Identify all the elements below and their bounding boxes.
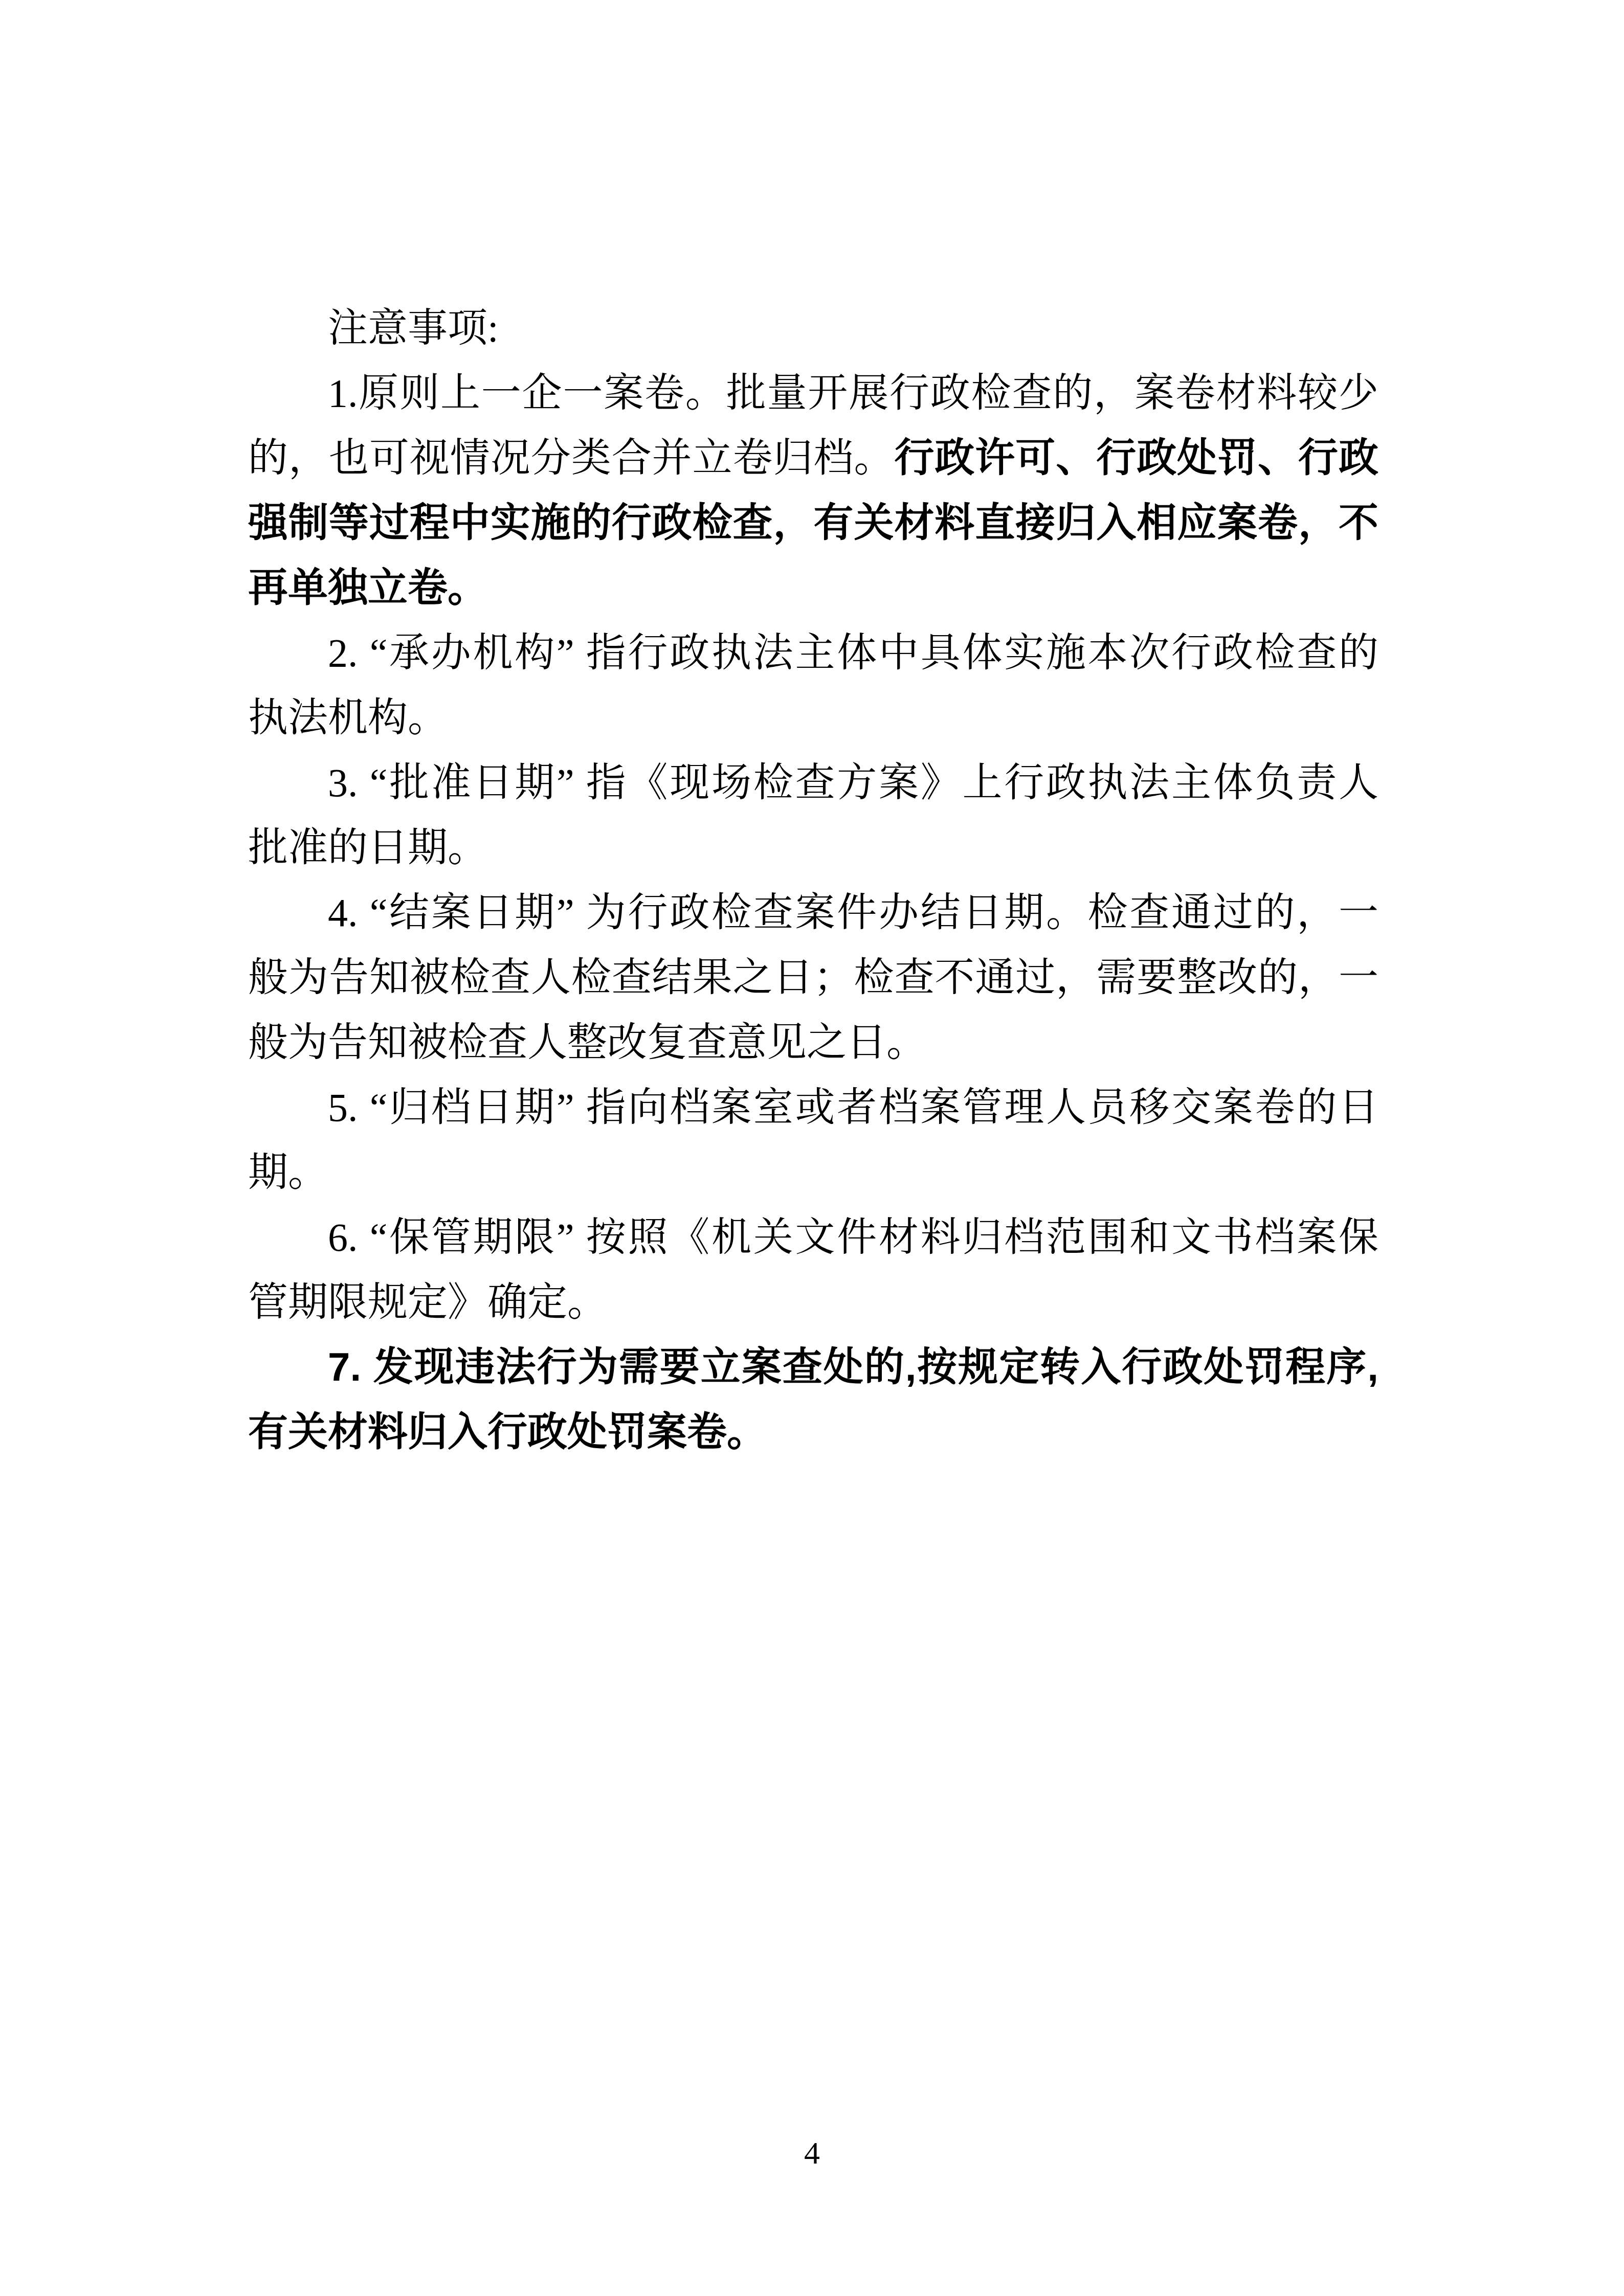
- note5-line1-text: 5. “归档日期” 指向档案室或者档案管理人员移交案卷的日: [328, 1085, 1378, 1130]
- note5-line1: 5. “归档日期” 指向档案室或者档案管理人员移交案卷的日: [248, 1075, 1378, 1140]
- note3-line1: 3. “批准日期” 指《现场检查方案》上行政执法主体负责人: [248, 750, 1378, 815]
- note1-line2-normal-text: 的，也可视情况分类合并立卷归档。: [248, 436, 894, 480]
- note7-line2-text: 有关材料归入行政处罚案卷。: [248, 1409, 767, 1454]
- note6-line1: 6. “保管期限” 按照《机关文件材料归档范围和文书档案保: [248, 1205, 1378, 1270]
- note1-line2-bold-text: 行政许可、行政处罚、行政: [894, 435, 1378, 480]
- notes-heading: 注意事项:: [248, 296, 1378, 361]
- note3-line2: 批准的日期。: [248, 815, 1378, 880]
- note2-line2: 执法机构。: [248, 685, 1378, 750]
- note1-line4-text: 再单独立卷。: [248, 565, 487, 610]
- note7-line2: 有关材料归入行政处罚案卷。: [248, 1400, 1378, 1465]
- note5-line2: 期。: [248, 1140, 1378, 1205]
- note1-line1-text: 1.原则上一企一案卷。批量开展行政检查的，案卷材料较少: [328, 371, 1378, 415]
- notes-text-block: 注意事项: 1.原则上一企一案卷。批量开展行政检查的，案卷材料较少 的，也可视情…: [248, 296, 1378, 1465]
- note4-line2-text: 般为告知被检查人检查结果之日；检查不通过，需要整改的，一: [248, 955, 1378, 1000]
- note1-line3-text: 强制等过程中实施的行政检查，有关材料直接归入相应案卷，不: [248, 500, 1378, 545]
- note4-line2: 般为告知被检查人检查结果之日；检查不通过，需要整改的，一: [248, 945, 1378, 1010]
- notes-heading-text: 注意事项:: [328, 306, 499, 350]
- note7-line1-text: 7. 发现违法行为需要立案查处的,按规定转入行政处罚程序,: [328, 1344, 1378, 1389]
- note5-line2-text: 期。: [248, 1150, 328, 1195]
- note3-line2-text: 批准的日期。: [248, 825, 487, 870]
- note2-line1-text: 2. “承办机构” 指行政执法主体中具体实施本次行政检查的: [328, 631, 1378, 675]
- note2-line1: 2. “承办机构” 指行政执法主体中具体实施本次行政检查的: [248, 620, 1378, 685]
- note1-line3: 强制等过程中实施的行政检查，有关材料直接归入相应案卷，不: [248, 490, 1378, 555]
- page-number: 4: [0, 2135, 1624, 2171]
- note4-line3: 般为告知被检查人整改复查意见之日。: [248, 1010, 1378, 1075]
- note6-line2: 管期限规定》确定。: [248, 1270, 1378, 1335]
- note1-line1: 1.原则上一企一案卷。批量开展行政检查的，案卷材料较少: [248, 361, 1378, 425]
- note7-line1: 7. 发现违法行为需要立案查处的,按规定转入行政处罚程序,: [248, 1335, 1378, 1400]
- note4-line1-text: 4. “结案日期” 为行政检查案件办结日期。检查通过的，一: [328, 890, 1378, 935]
- note4-line1: 4. “结案日期” 为行政检查案件办结日期。检查通过的，一: [248, 880, 1378, 945]
- note1-line2: 的，也可视情况分类合并立卷归档。行政许可、行政处罚、行政: [248, 425, 1378, 490]
- note4-line3-text: 般为告知被检查人整改复查意见之日。: [248, 1020, 926, 1065]
- note6-line2-text: 管期限规定》确定。: [248, 1280, 607, 1324]
- note2-line2-text: 执法机构。: [248, 695, 448, 740]
- note1-line4: 再单独立卷。: [248, 555, 1378, 620]
- note6-line1-text: 6. “保管期限” 按照《机关文件材料归档范围和文书档案保: [328, 1215, 1378, 1259]
- document-page: 注意事项: 1.原则上一企一案卷。批量开展行政检查的，案卷材料较少 的，也可视情…: [0, 0, 1624, 2296]
- note3-line1-text: 3. “批准日期” 指《现场检查方案》上行政执法主体负责人: [328, 760, 1378, 805]
